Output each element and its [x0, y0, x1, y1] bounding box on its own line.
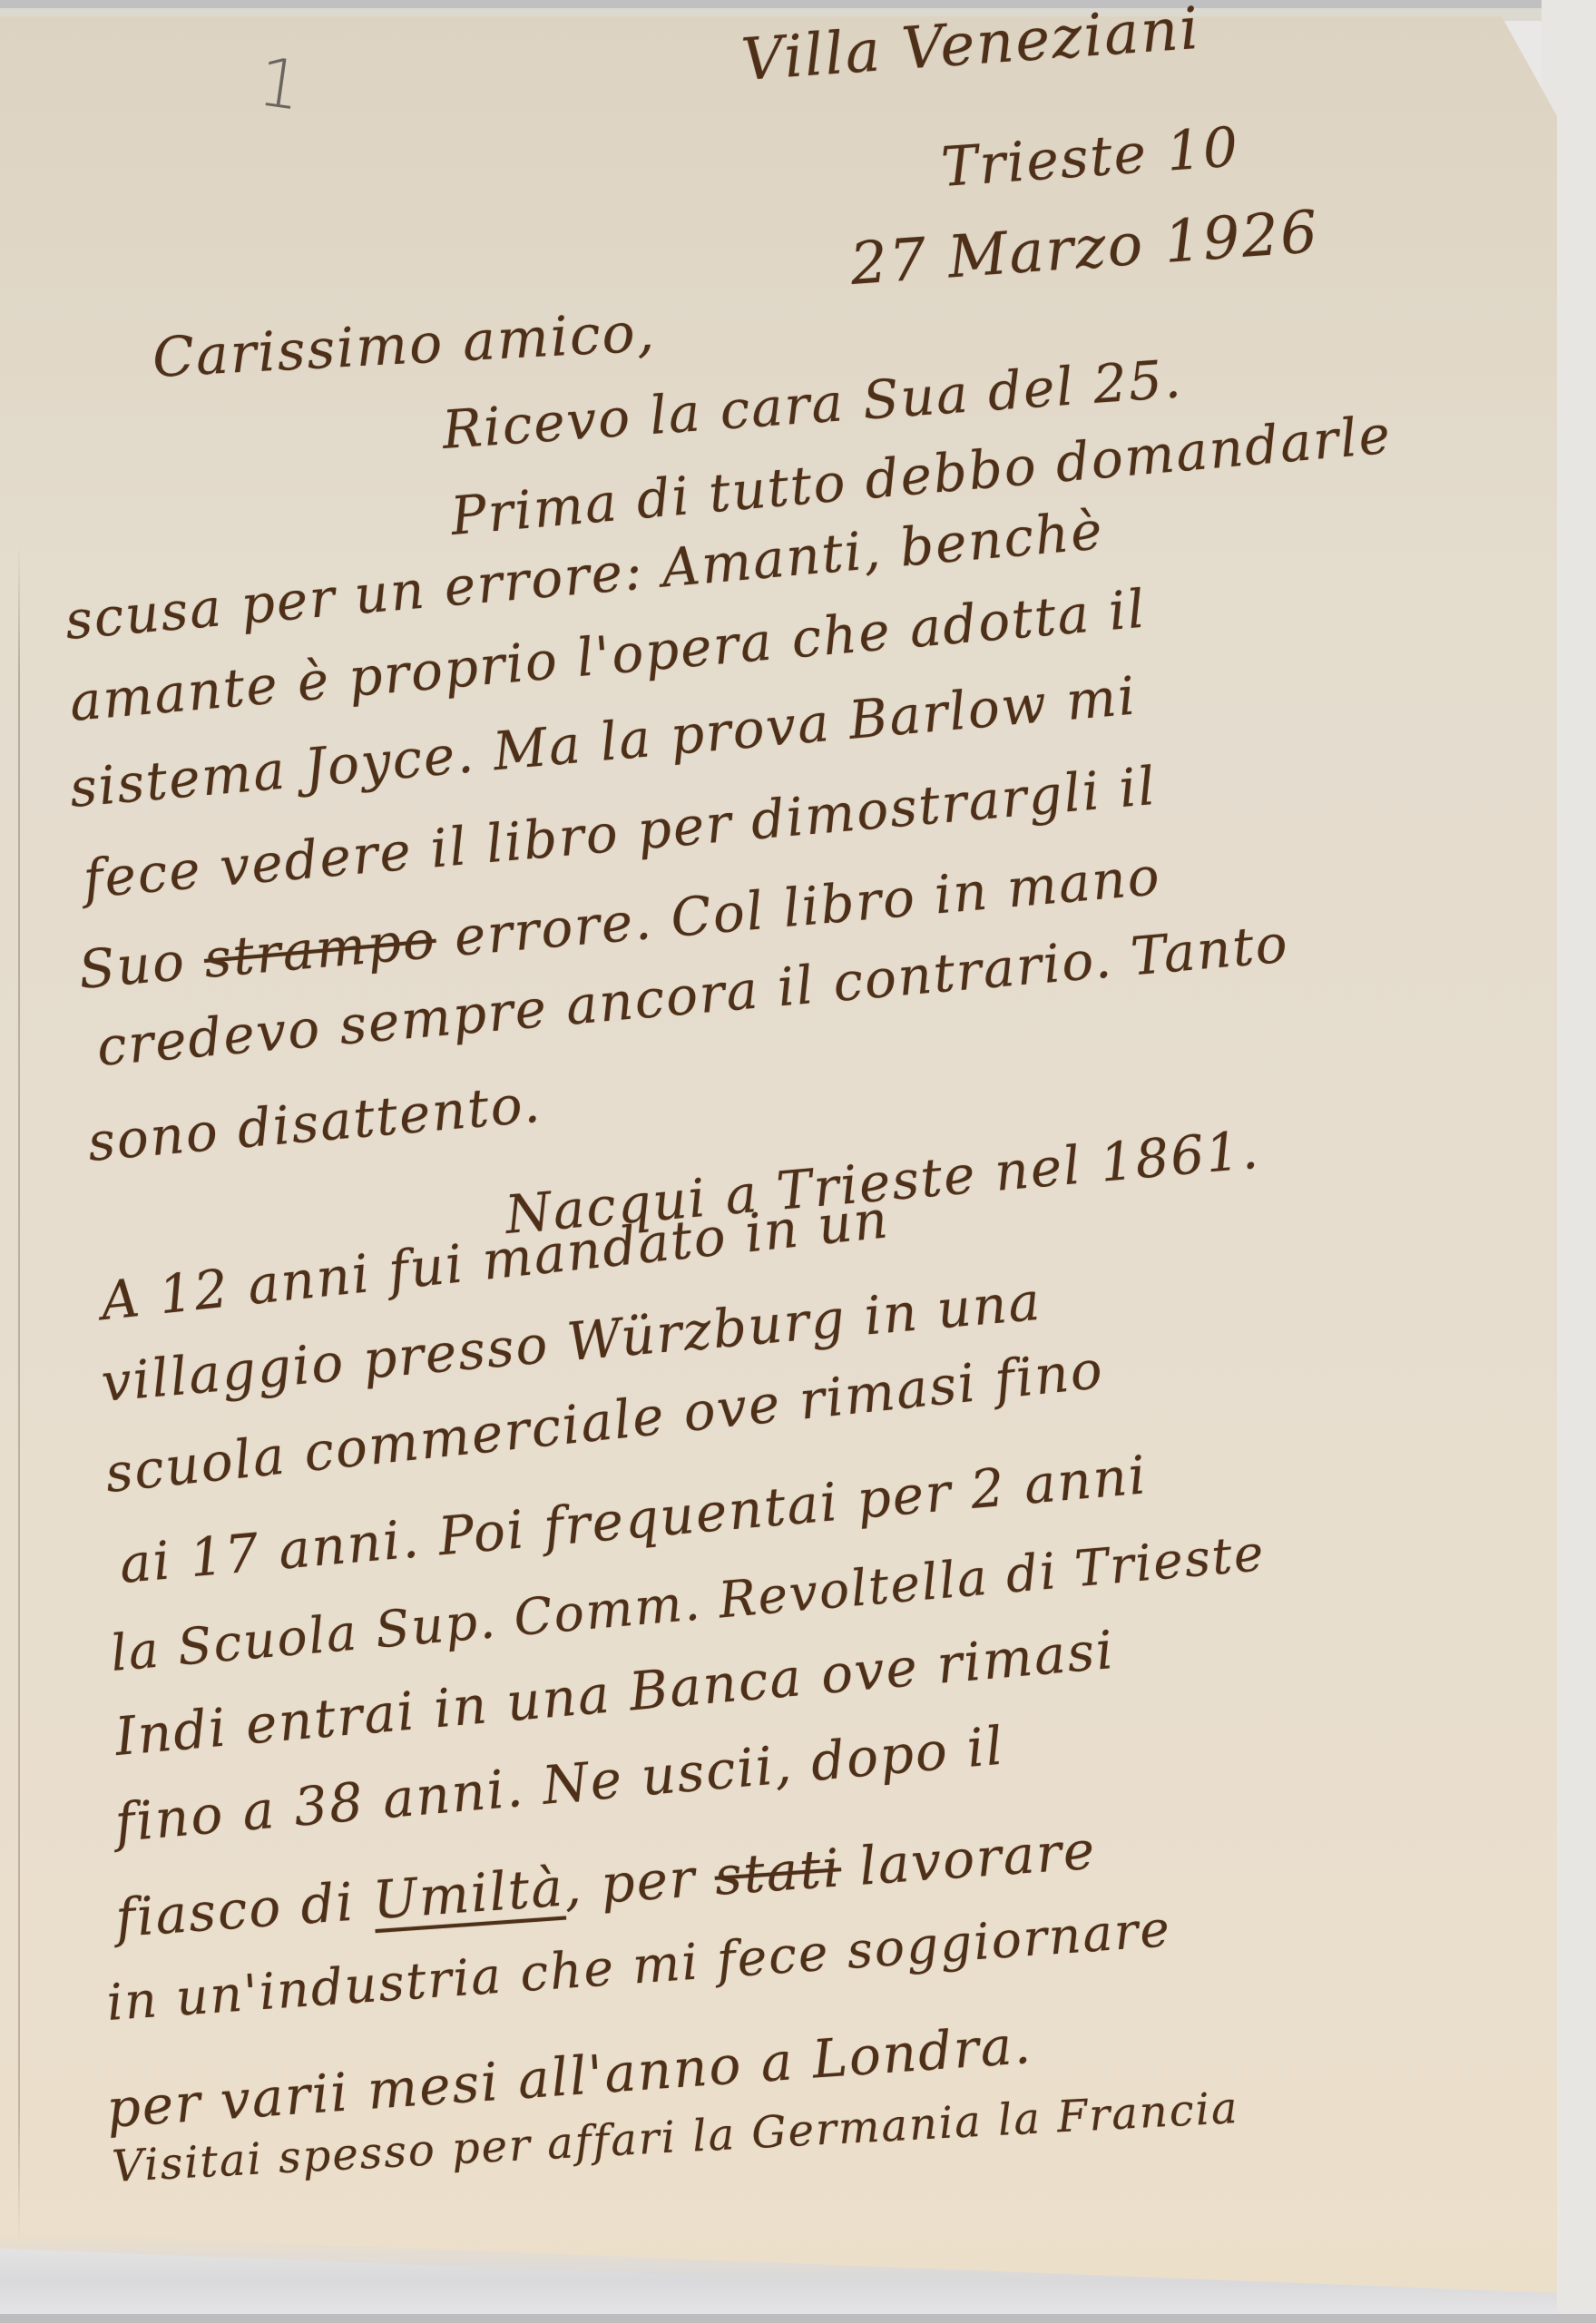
paper-fold-line [18, 544, 20, 2241]
line-text: , per [562, 1846, 717, 1917]
top-background-strip [0, 0, 1596, 8]
struck-word: stati [712, 1837, 843, 1907]
line-text: Suo [76, 928, 207, 1001]
bottom-background-strip [0, 2314, 1596, 2323]
